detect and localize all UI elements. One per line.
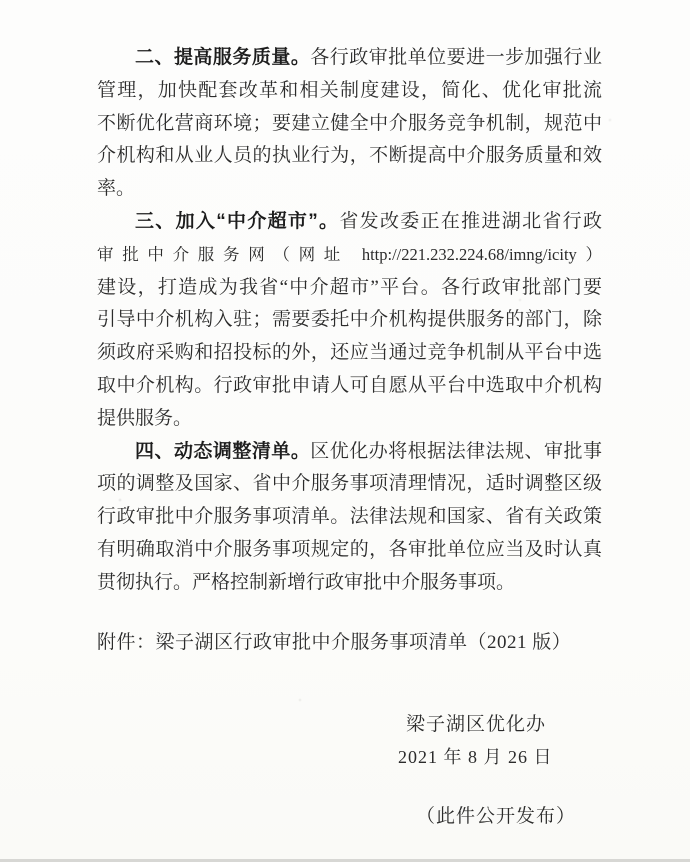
body-line: 项的调整及国家、省中介服务事项清理情况，适时调整区级 (97, 468, 602, 501)
body-line: 提供服务。 (97, 403, 602, 436)
issue-date: 2021 年 8 月 26 日 (398, 741, 553, 774)
body-text: 有明确取消中介服务事项规定的，各审批单位应当及时认真 (97, 539, 602, 560)
publish-note: （此件公开发布） (416, 800, 576, 833)
body-line: 行政审批中介服务事项清单。法律法规和国家、省有关政策 (97, 501, 602, 534)
body-text: 建设，打造成为我省“中介超市”平台。各行政审批部门要 (97, 277, 602, 298)
body-text: 率。 (97, 178, 135, 199)
paragraph-heading: 四、动态调整清单。 (135, 441, 310, 462)
body-text: 取中介机构。行政审批申请人可自愿从平台中选取中介机构 (97, 375, 602, 396)
body-line: 率。 (97, 173, 602, 206)
attachment-line: 附件：梁子湖区行政审批中介服务事项清单（2021 版） (97, 626, 637, 659)
paragraph-heading: 三、加入“中介超市”。 (135, 211, 339, 232)
body-line: 介机构和从业人员的执业行为，不断提高中介服务质量和效 (97, 140, 602, 173)
body-line: 引导中介机构入驻；需要委托中介机构提供服务的部门，除 (97, 304, 602, 337)
body-line: 管理，加快配套改革和相关制度建设，简化、优化审批流程， (97, 75, 602, 108)
body-text: 各行政审批单位要进一步加强行业 (310, 47, 602, 68)
document-page: 二、提高服务质量。各行政审批单位要进一步加强行业管理，加快配套改革和相关制度建设… (0, 0, 690, 862)
body-text: 管理，加快配套改革和相关制度建设，简化、优化审批流程， (97, 80, 602, 108)
body-line: 须政府采购和招投标的外，还应当通过竞争机制从平台中选 (97, 337, 602, 370)
issuer-name: 梁子湖区优化办 (406, 708, 546, 741)
body-line: 不断优化营商环境；要建立健全中介服务竞争机制，规范中 (97, 108, 602, 141)
body-line: 审批中介服务网（网址 http://221.232.224.68/imng/ic… (97, 239, 602, 272)
body-text: 须政府采购和招投标的外，还应当通过竞争机制从平台中选 (97, 342, 602, 363)
body-line: 取中介机构。行政审批申请人可自愿从平台中选取中介机构 (97, 370, 602, 403)
body-text: 引导中介机构入驻；需要委托中介机构提供服务的部门，除 (97, 309, 602, 330)
body-text: 审批中介服务网（网址 http://221.232.224.68/imng/ic… (97, 245, 602, 264)
body-text: 项的调整及国家、省中介服务事项清理情况，适时调整区级 (97, 473, 602, 494)
body-line: 四、动态调整清单。区优化办将根据法律法规、审批事 (97, 436, 602, 469)
body-line: 二、提高服务质量。各行政审批单位要进一步加强行业 (97, 42, 602, 75)
paragraph-heading: 二、提高服务质量。 (135, 47, 310, 68)
body-text: 提供服务。 (97, 408, 192, 429)
body-text: 贯彻执行。严格控制新增行政审批中介服务事项。 (97, 572, 515, 593)
body-line: 三、加入“中介超市”。省发改委正在推进湖北省行政 (97, 206, 602, 239)
body-text: 行政审批中介服务事项清单。法律法规和国家、省有关政策 (97, 506, 602, 527)
body-line: 建设，打造成为我省“中介超市”平台。各行政审批部门要 (97, 272, 602, 305)
document-body: 二、提高服务质量。各行政审批单位要进一步加强行业管理，加快配套改革和相关制度建设… (97, 42, 602, 600)
body-text: 区优化办将根据法律法规、审批事 (310, 441, 602, 462)
body-text: 不断优化营商环境；要建立健全中介服务竞争机制，规范中 (97, 113, 602, 134)
body-text: 省发改委正在推进湖北省行政 (339, 211, 602, 232)
body-line: 贯彻执行。严格控制新增行政审批中介服务事项。 (97, 567, 602, 600)
body-line: 有明确取消中介服务事项规定的，各审批单位应当及时认真 (97, 534, 602, 567)
body-text: 介机构和从业人员的执业行为，不断提高中介服务质量和效 (97, 145, 602, 166)
